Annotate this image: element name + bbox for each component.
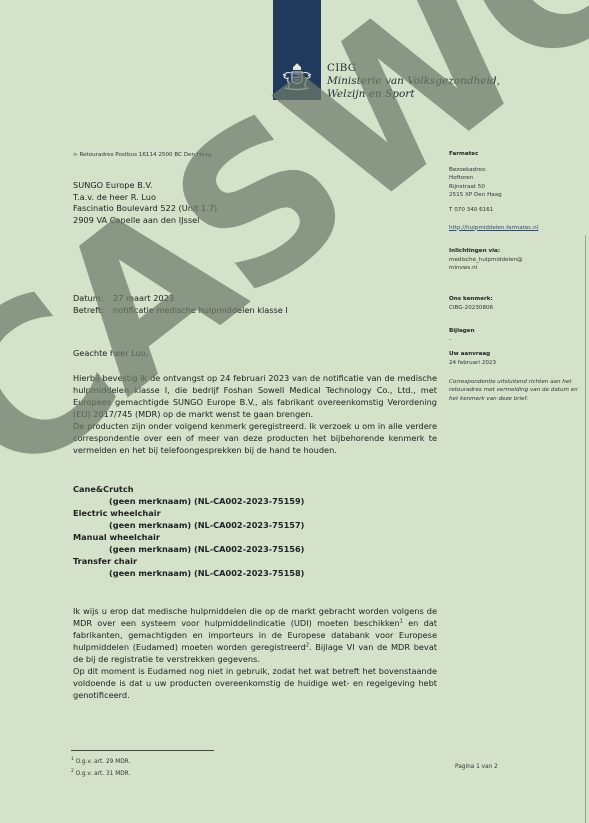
body-paragraphs-closing: Ik wijs u erop dat medische hulpmiddelen…	[73, 605, 437, 701]
product-item: Transfer chair (geen merknaam) (NL-CA002…	[73, 555, 304, 579]
page-number: Pagina 1 van 2	[455, 764, 498, 770]
visit-address-line: Rijnstraat 50	[449, 183, 584, 192]
product-list: Cane&Crutch (geen merknaam) (NL-CA002-20…	[73, 483, 304, 579]
reference-value: CIBG-20230806	[449, 304, 584, 313]
product-code: (geen merknaam) (NL-CA002-2023-75158)	[73, 567, 304, 579]
paragraph-udi-eudamed: Ik wijs u erop dat medische hulpmiddelen…	[73, 605, 437, 665]
your-request: Uw aanvraag 24 februari 2023	[449, 350, 584, 367]
letter-meta: Datum: 27 maart 2023 Betreft: notificati…	[73, 292, 288, 316]
product-name: Cane&Crutch	[73, 483, 304, 495]
info-contact: Inlichtingen via: medische_hulpmiddelen@…	[449, 247, 584, 273]
recipient-address: SUNGO Europe B.V. T.a.v. de heer R. Luo …	[73, 180, 217, 227]
page-edge-line	[585, 235, 586, 823]
footnote-number: 2	[71, 769, 74, 774]
date-value: 27 maart 2023	[113, 292, 174, 304]
recipient-company: SUNGO Europe B.V.	[73, 180, 217, 192]
coat-of-arms-icon	[279, 63, 315, 93]
paragraph-eudamed-status: Op dit moment is Eudamed nog niet in geb…	[73, 665, 437, 701]
recipient-street: Fascinatio Boulevard 522 (Unit 1.7)	[73, 203, 217, 215]
return-address: > Retouradres Postbus 16114 2500 BC Den …	[73, 152, 211, 158]
product-item: Electric wheelchair (geen merknaam) (NL-…	[73, 507, 304, 531]
website-container: http://hulpmiddelen.farmatec.nl	[449, 224, 584, 233]
subject-label: Betreft:	[73, 304, 113, 316]
paragraph-confirmation: Hierbij bevestig ik de ontvangst op 24 f…	[73, 372, 437, 420]
footnote-item: 1 O.g.v. art. 29 MDR.	[71, 757, 130, 769]
date-label: Datum:	[73, 292, 113, 304]
visit-address-line: 2515 XP Den Haag	[449, 191, 584, 200]
info-email-line-1: medische_hulpmiddelen@	[449, 256, 584, 265]
salutation: Geachte heer Luo,	[73, 348, 148, 358]
subject-row: Betreft: notificatie medische hulpmiddel…	[73, 304, 288, 316]
paragraph-registration: De producten zijn onder volgend kenmerk …	[73, 420, 437, 456]
product-name: Electric wheelchair	[73, 507, 304, 519]
info-label: Inlichtingen via:	[449, 247, 584, 256]
visit-address-line: Hoftoren	[449, 174, 584, 183]
recipient-attention: T.a.v. de heer R. Luo	[73, 192, 217, 204]
attachments-label: Bijlagen	[449, 327, 584, 336]
product-code: (geen merknaam) (NL-CA002-2023-75159)	[73, 495, 304, 507]
subject-value: notificatie medische hulpmiddelen klasse…	[113, 304, 288, 316]
product-code: (geen merknaam) (NL-CA002-2023-75157)	[73, 519, 304, 531]
ministry-name-line-1: Ministerie van Volksgezondheid,	[327, 75, 500, 88]
government-logo-bar	[273, 0, 321, 100]
footnote-text: O.g.v. art. 31 MDR.	[76, 771, 131, 777]
letter-page: CIBG Ministerie van Volksgezondheid, Wel…	[0, 0, 589, 823]
recipient-city: 2909 VA Capelle aan den IJssel	[73, 215, 217, 227]
info-email-line-2: minvws.nl	[449, 264, 584, 273]
footnote-number: 1	[71, 757, 74, 762]
date-row: Datum: 27 maart 2023	[73, 292, 288, 304]
ministry-name-line-2: Welzijn en Sport	[327, 88, 500, 101]
website-link[interactable]: http://hulpmiddelen.farmatec.nl	[449, 225, 538, 231]
product-item: Cane&Crutch (geen merknaam) (NL-CA002-20…	[73, 483, 304, 507]
organisation-name: CIBG	[327, 62, 500, 75]
product-name: Transfer chair	[73, 555, 304, 567]
visit-address-label: Bezoekadres:	[449, 166, 584, 175]
product-item: Manual wheelchair (geen merknaam) (NL-CA…	[73, 531, 304, 555]
footnote-divider	[71, 750, 214, 751]
department-name: Farmatec	[449, 150, 584, 159]
correspondence-note: Correspondentie uitsluitend richten aan …	[449, 378, 584, 404]
reference-label: Ons kenmerk:	[449, 295, 584, 304]
product-name: Manual wheelchair	[73, 531, 304, 543]
our-reference: Ons kenmerk: CIBG-20230806	[449, 295, 584, 312]
footnote-item: 2 O.g.v. art. 31 MDR.	[71, 769, 130, 781]
request-value: 24 februari 2023	[449, 359, 584, 368]
ministry-wordmark: CIBG Ministerie van Volksgezondheid, Wel…	[327, 62, 500, 101]
sender-sidebar: Farmatec Bezoekadres: Hoftoren Rijnstraa…	[449, 150, 584, 403]
request-label: Uw aanvraag	[449, 350, 584, 359]
visit-address: Bezoekadres: Hoftoren Rijnstraat 50 2515…	[449, 166, 584, 200]
product-code: (geen merknaam) (NL-CA002-2023-75156)	[73, 543, 304, 555]
phone-number: T 070 340 6161	[449, 206, 584, 215]
footnote-text: O.g.v. art. 29 MDR.	[76, 759, 131, 765]
body-paragraphs-intro: Hierbij bevestig ik de ontvangst op 24 f…	[73, 372, 437, 456]
attachments: Bijlagen -	[449, 327, 584, 344]
paragraph-udi-text-1: Ik wijs u erop dat medische hulpmiddelen…	[73, 606, 437, 628]
attachments-value: -	[449, 336, 584, 345]
footnotes: 1 O.g.v. art. 29 MDR. 2 O.g.v. art. 31 M…	[71, 757, 130, 780]
